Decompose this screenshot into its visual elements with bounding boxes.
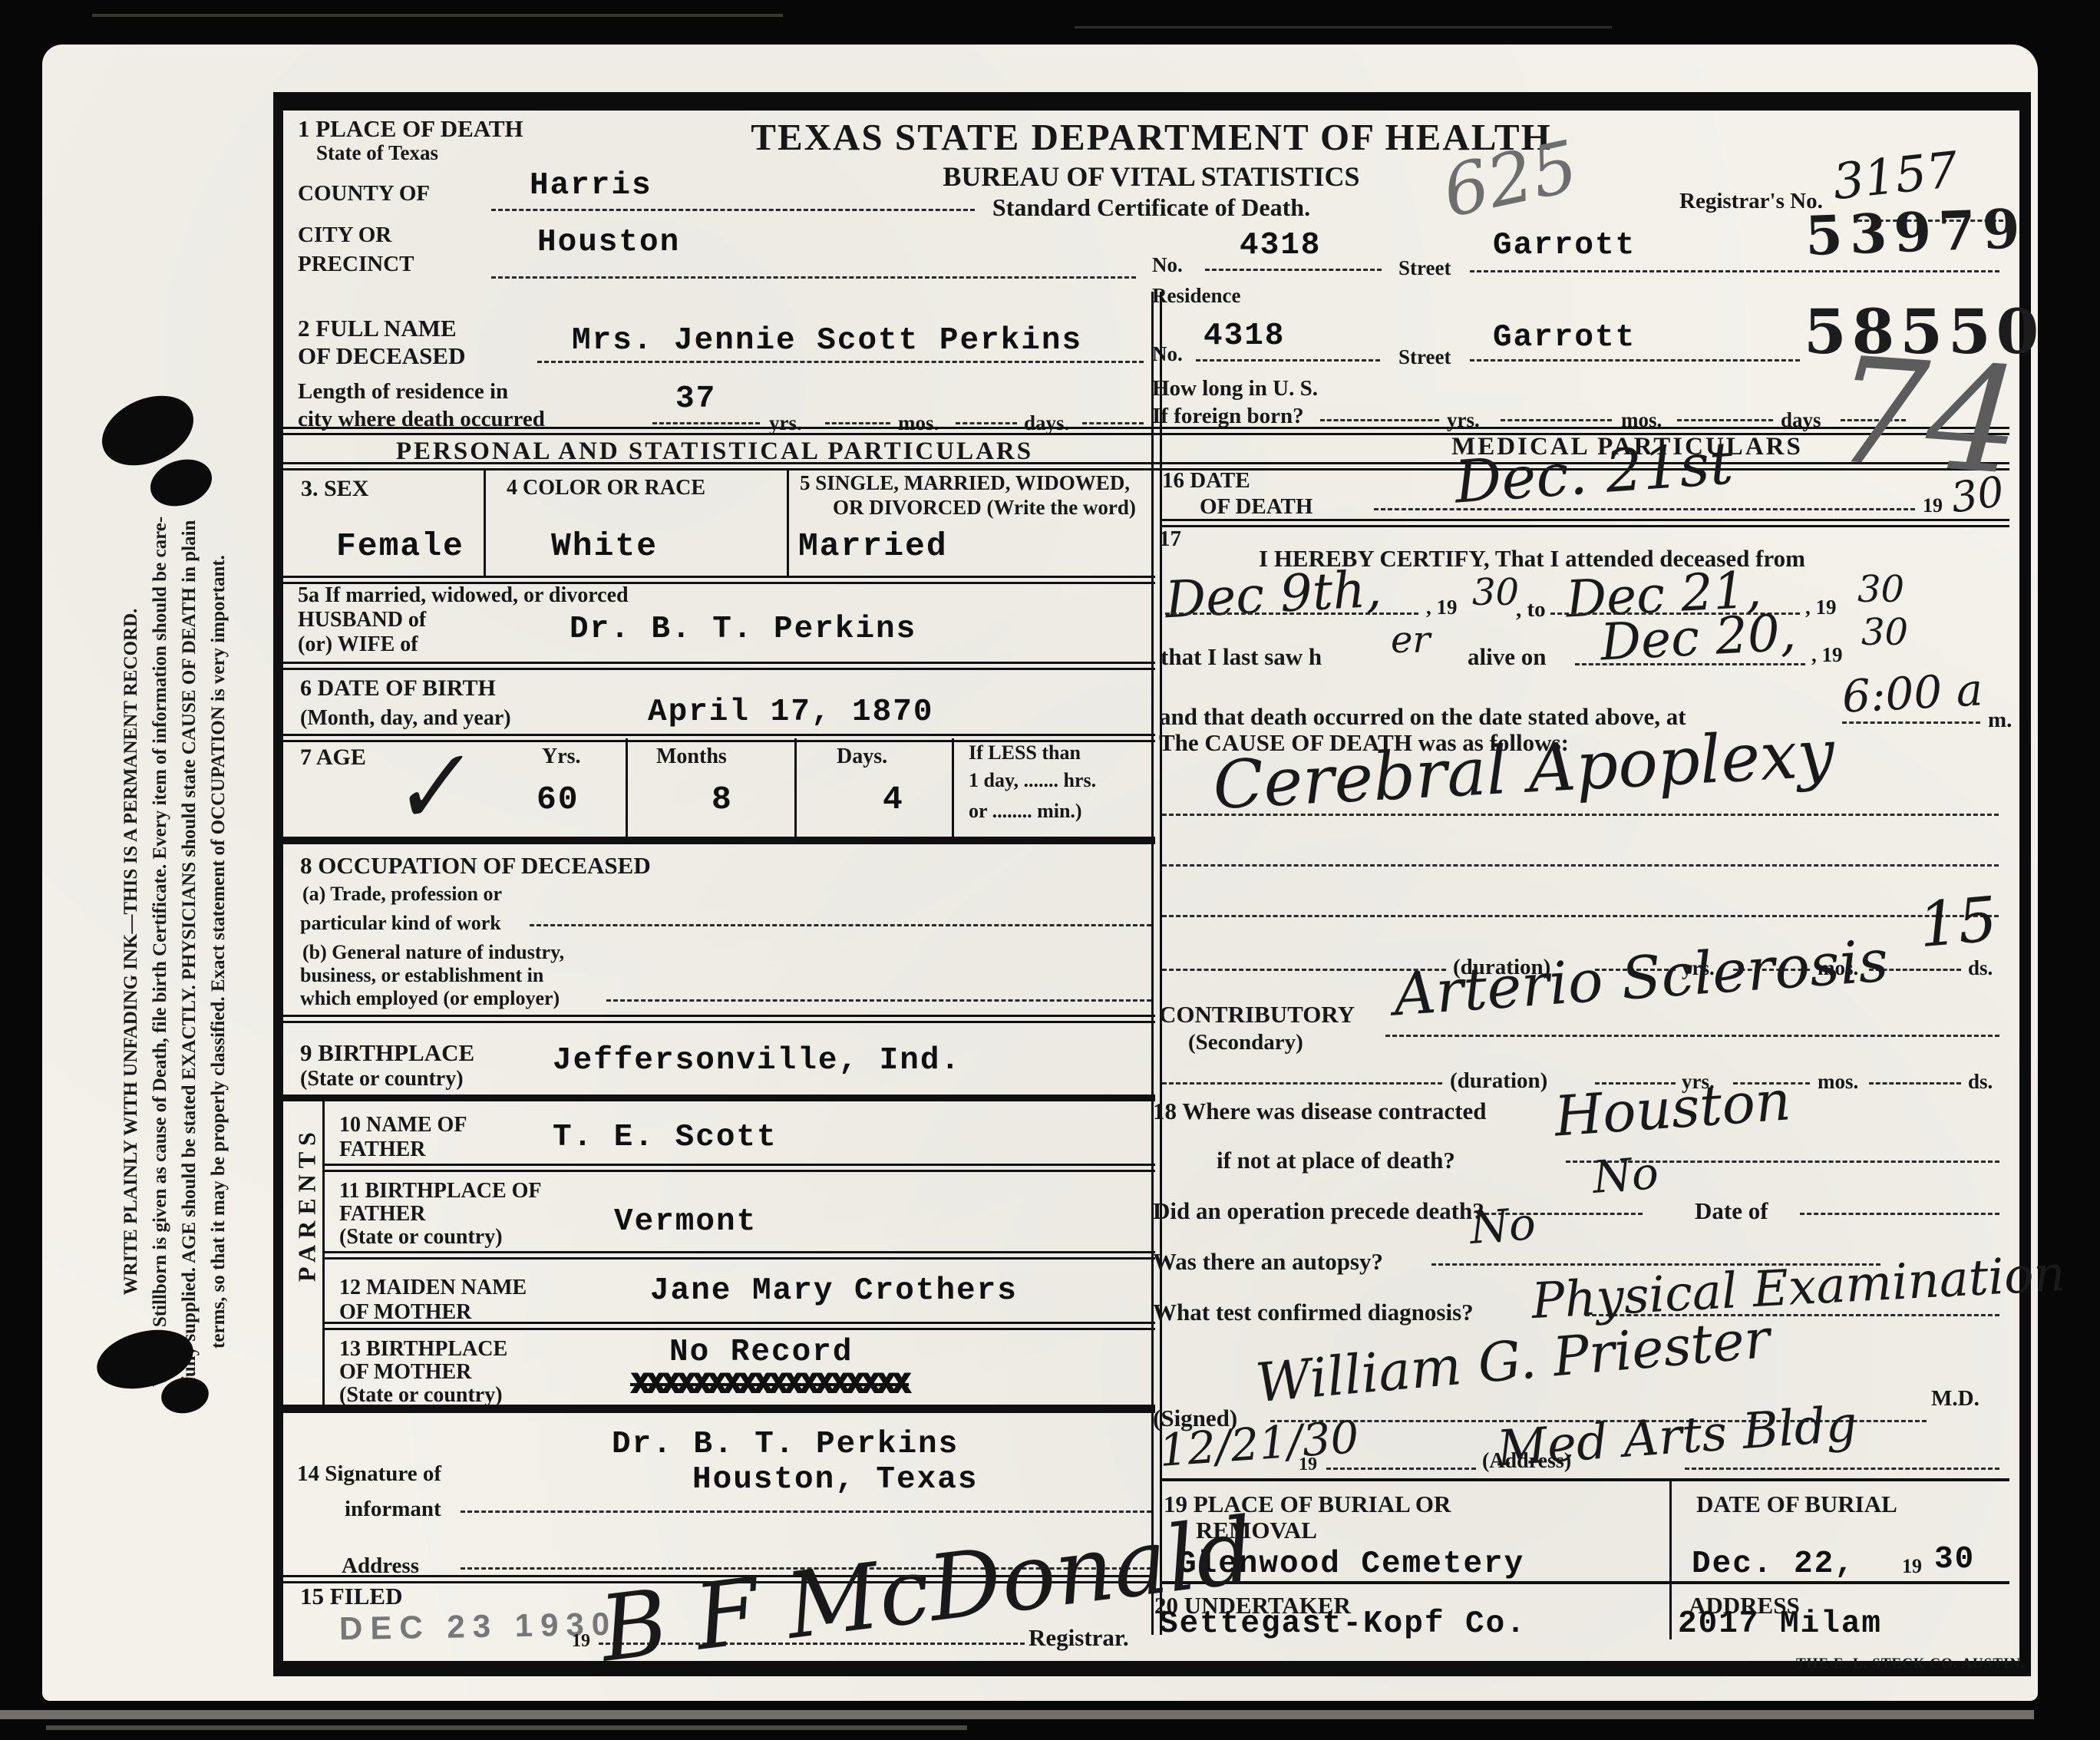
lastsaw-19-label: , 19 [1811, 645, 1843, 665]
secondary-label: (Secondary) [1188, 1032, 1303, 1054]
fullname-label-2: OF DECEASED [298, 344, 465, 368]
occupation-b-line [606, 999, 1151, 1002]
state-of-texas-label: State of Texas [316, 143, 438, 163]
spouse-value: Dr. B. T. Perkins [570, 614, 916, 645]
cell-divider [484, 468, 486, 576]
dob-value: April 17, 1870 [648, 697, 933, 728]
city-label-2: PRECINCT [298, 253, 414, 276]
father-name-label-1: 10 NAME OF [339, 1114, 467, 1136]
md-label: M.D. [1931, 1388, 1979, 1410]
scan-streak [1075, 26, 1612, 28]
test-label: What test confirmed diagnosis? [1153, 1300, 1474, 1324]
county-label: COUNTY OF [298, 183, 430, 205]
filed-label: 15 FILED [300, 1584, 403, 1608]
burial-divider [1669, 1478, 1672, 1639]
res-street-value: Garrott [1493, 322, 1636, 354]
occupation-a1: (a) Trade, profession or [302, 884, 502, 904]
reslen-line [956, 422, 1017, 424]
marital-label-2: OR DIVORCED (Write the word) [833, 497, 1136, 518]
filed-19-label: 19 [572, 1632, 590, 1650]
informant-city-value: Houston, Texas [692, 1464, 978, 1496]
to-19-label: , 19 [1805, 597, 1837, 618]
margin-line-1: WRITE PLAINLY WITH UNFADING INK—THIS IS … [117, 276, 146, 1627]
spouse-label-2: HUSBAND of [298, 609, 426, 631]
burial-year-value: 30 [1934, 1544, 1975, 1576]
uslen-label-1: How long in U. S. [1152, 378, 1318, 400]
occupation-a-line [530, 924, 1151, 926]
autopsy-label: Was there an autopsy? [1153, 1250, 1383, 1273]
informant-name-value: Dr. B. T. Perkins [612, 1429, 959, 1461]
no-line-1 [1205, 269, 1382, 271]
duration1-ds: ds. [1968, 958, 1993, 979]
street-label-2: Street [1398, 347, 1451, 368]
uslen-line [1677, 419, 1773, 421]
burial-date-label: DATE OF BURIAL [1696, 1492, 1897, 1516]
from-year-handwritten: 30 [1472, 574, 1519, 611]
dod-label-1: 16 DATE [1162, 470, 1250, 492]
death-time-handwritten: 6:00 a [1841, 667, 1984, 719]
registrar-number-handwritten: 3157 [1831, 146, 1960, 208]
street-value-1: Garrott [1493, 230, 1636, 262]
lastsaw-line [1575, 663, 1805, 665]
res-no-value: 4318 [1204, 321, 1285, 352]
spouse-label-3: (or) WIFE of [298, 634, 418, 655]
birthplace-label-1: 9 BIRTHPLACE [300, 1041, 474, 1065]
where-label-2: if not at place of death? [1217, 1148, 1455, 1172]
burial-date-value: Dec. 22, [1692, 1549, 1855, 1580]
duration1-value-handwritten: 15 [1917, 889, 1999, 957]
m-label: m. [1988, 709, 2012, 731]
cell-divider [626, 738, 628, 837]
occupation-b3: which employed (or employer) [300, 989, 560, 1009]
burial-rule [1161, 1478, 2009, 1481]
addr-19-label: 19 [1299, 1455, 1317, 1474]
race-label: 4 COLOR OR RACE [507, 477, 705, 499]
house-no-value: 4318 [1240, 230, 1321, 262]
age-less-label-2: 1 day, ....... hrs. [969, 771, 1096, 791]
row-rule [273, 1015, 1155, 1023]
from-line [1165, 612, 1418, 615]
sex-label: 3. SEX [301, 477, 368, 500]
duration2-mos: mos. [1818, 1071, 1858, 1092]
mother-bp-label-3: (State or country) [339, 1385, 503, 1406]
cell-divider [952, 738, 954, 837]
personal-section-title: PERSONAL AND STATISTICAL PARTICULARS [273, 439, 1156, 464]
age-months-header: Months [656, 746, 727, 768]
street-line-1 [1470, 270, 1999, 272]
residence-length-label-1: Length of residence in [298, 381, 508, 403]
row-rule [273, 662, 1155, 670]
duration2-line [1869, 1082, 1961, 1085]
mother-bp-label-2: OF MOTHER [339, 1362, 471, 1383]
no-label-1: No. [1152, 255, 1183, 276]
death-occurred-text: and that death occurred on the date stat… [1159, 705, 1686, 728]
registrars-no-label: Registrar's No. [1679, 190, 1823, 213]
scanned-death-certificate: WRITE PLAINLY WITH UNFADING INK—THIS IS … [0, 0, 2100, 1740]
street-label-1: Street [1398, 258, 1451, 279]
informant-sig-label-2: informant [345, 1498, 441, 1520]
fullname-value: Mrs. Jennie Scott Perkins [572, 325, 1082, 357]
fullname-line [537, 361, 1144, 363]
scan-streak [0, 1710, 2034, 1719]
county-line [491, 209, 975, 211]
row-rule [322, 1322, 1155, 1330]
occupation-a2: particular kind of work [300, 913, 501, 933]
lastsaw-post: alive on [1468, 645, 1546, 669]
registrar-label: Registrar. [1029, 1626, 1129, 1649]
undertaker-address-value: 2017 Milam [1678, 1609, 1882, 1640]
row-rule [1161, 519, 2009, 527]
dateof-line [1800, 1213, 1999, 1215]
dob-label-2: (Month, day, and year) [300, 708, 511, 729]
informant-address-label: Address [342, 1555, 419, 1577]
reslen-line [825, 422, 890, 424]
mother-name-label-1: 12 MAIDEN NAME [339, 1277, 527, 1299]
printer-credit: THE E. L. STECK CO. AUSTIN. [1796, 1656, 2026, 1671]
lastsaw-year-handwritten: 30 [1861, 614, 1908, 651]
where-handwritten: Houston [1553, 1072, 1792, 1144]
occupation-b1: (b) General nature of industry, [302, 943, 564, 962]
row-rule-thick [273, 1405, 1155, 1413]
occupation-label: 8 OCCUPATION OF DECEASED [300, 853, 651, 877]
signed-date-handwritten: 12/21/30 [1157, 1415, 1360, 1473]
from-19-label: , 19 [1426, 597, 1458, 618]
to-year-handwritten: 30 [1857, 571, 1904, 608]
father-name-label-2: FATHER [339, 1139, 426, 1161]
row-rule [322, 1251, 1155, 1260]
father-name-value: T. E. Scott [553, 1122, 778, 1154]
place-of-death-label: 1 PLACE OF DEATH [298, 117, 523, 140]
marital-value: Married [798, 530, 948, 563]
marital-label-1: 5 SINGLE, MARRIED, WIDOWED, [800, 473, 1130, 494]
mother-name-label-2: OF MOTHER [339, 1302, 471, 1323]
city-value: Houston [537, 227, 680, 259]
no-line-2 [1196, 359, 1380, 362]
dod-line [1374, 508, 1915, 510]
age-yrs-value: 60 [537, 783, 579, 816]
father-bp-label-3: (State or country) [339, 1227, 503, 1248]
cell-divider [794, 738, 797, 837]
mother-name-value: Jane Mary Crothers [650, 1276, 1018, 1307]
death-time-line [1842, 721, 1980, 724]
occupation-b2: business, or establishment in [300, 966, 543, 986]
attended-from-handwritten: Dec 9th, [1164, 564, 1382, 626]
contributory-label: CONTRIBUTORY [1159, 1002, 1355, 1026]
father-bp-label-2: FATHER [339, 1203, 426, 1225]
contributory-line [1385, 1035, 1999, 1037]
age-months-value: 8 [712, 783, 733, 816]
uslen-line [1501, 419, 1612, 421]
dod-label-2: OF DEATH [1200, 496, 1312, 518]
reslen-line [652, 422, 760, 424]
cell-divider [787, 468, 789, 576]
to-word: , to [1516, 599, 1546, 621]
operation-handwritten: No [1591, 1151, 1660, 1200]
item-17-number: 17 [1159, 528, 1181, 550]
blank-line [1162, 864, 1999, 867]
age-less-label-1: If LESS than [969, 743, 1081, 763]
informant-sig-line [461, 1511, 1151, 1513]
duration2-ds: ds. [1968, 1071, 1993, 1092]
reslen-line [1082, 422, 1144, 424]
addr-line [1326, 1468, 1476, 1470]
age-yrs-header: Yrs. [542, 746, 581, 768]
lastsaw-pre: that I last saw h [1161, 645, 1322, 669]
age-less-label-3: or ........ min.) [969, 801, 1082, 821]
spouse-label-1: 5a If married, widowed, or divorced [298, 585, 629, 606]
age-days-value: 4 [883, 783, 904, 816]
undertaker-value: Settegast-Kopf Co. [1159, 1609, 1527, 1640]
duration2-line [1162, 1082, 1442, 1085]
pencil-number-74: 74 [1830, 338, 2025, 496]
city-line [491, 276, 1136, 279]
burial-rule [1161, 1581, 2009, 1584]
uslen-line [1320, 419, 1439, 421]
informant-sig-label-1: 14 Signature of [297, 1463, 441, 1485]
addr-line [1685, 1468, 1999, 1470]
city-label-1: CITY OR [298, 224, 391, 246]
row-rule-thick [273, 837, 1155, 844]
age-label: 7 AGE [300, 746, 366, 769]
where-label-1: 18 Where was disease contracted [1153, 1099, 1487, 1123]
scan-streak [46, 1725, 967, 1730]
scan-streak [92, 14, 783, 17]
lastsaw-date-handwritten: Dec 20, [1599, 607, 1797, 668]
row-rule-thick [273, 1095, 1155, 1101]
uslen-label-2: If foreign born? [1152, 405, 1304, 428]
burial-19-label: 19 [1902, 1557, 1922, 1577]
row-rule [322, 1164, 1155, 1172]
parents-vertical-label: PARENTS [293, 1081, 322, 1327]
father-bp-value: Vermont [614, 1207, 757, 1238]
lastsaw-her-handwritten: er [1391, 622, 1430, 659]
fullname-label-1: 2 FULL NAME [298, 316, 457, 340]
street-line-2 [1470, 359, 1800, 362]
stamp-number-53979: 53979 [1804, 202, 2028, 263]
dob-label-1: 6 DATE OF BIRTH [300, 677, 496, 700]
dateof-label: Date of [1695, 1199, 1768, 1223]
age-days-header: Days. [837, 746, 887, 768]
age-checkmark: ✓ [381, 735, 474, 841]
autopsy-handwritten: No [1468, 1201, 1537, 1250]
father-bp-label-1: 11 BIRTHPLACE OF [339, 1180, 542, 1202]
race-value: White [551, 530, 658, 563]
mother-bp-label-1: 13 BIRTHPLACE [339, 1339, 507, 1360]
section-rule [273, 462, 2009, 470]
mother-bp-value: No Record [669, 1337, 853, 1369]
sex-value: Female [336, 530, 464, 563]
residence-label: Residence [1152, 286, 1240, 306]
operation-label: Did an operation precede death? [1153, 1199, 1484, 1223]
duration2-label: (duration) [1450, 1070, 1547, 1092]
blank-line [1162, 915, 1999, 917]
county-value: Harris [530, 170, 652, 202]
mother-bp-strikeout: XXXXXXXXXXXXXXXXXX [631, 1371, 907, 1402]
birthplace-value: Jeffersonville, Ind. [553, 1045, 961, 1077]
residence-length-value: 37 [675, 384, 716, 415]
birthplace-label-2: (State or country) [300, 1068, 464, 1090]
